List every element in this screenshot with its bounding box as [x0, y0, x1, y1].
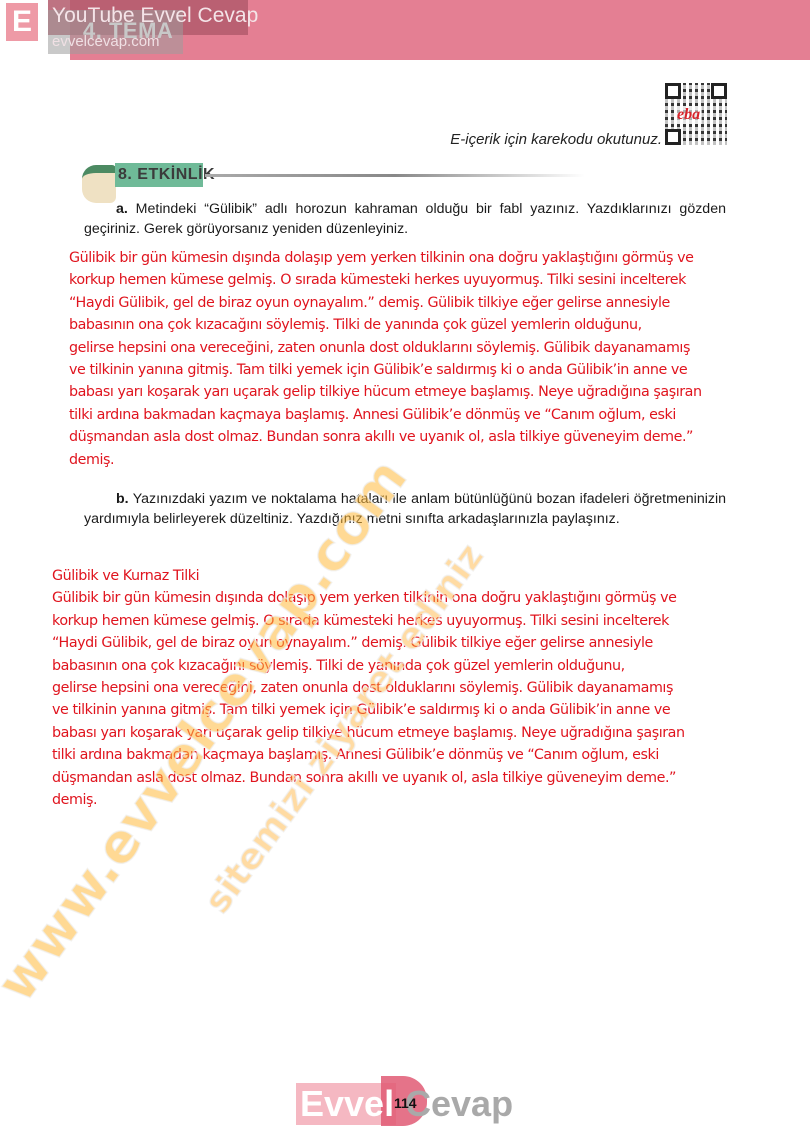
logo-e-icon: E — [6, 3, 38, 41]
qr-finder-icon — [665, 129, 681, 145]
answer-a: Gülibik bir gün kümesin dışında dolaşıp … — [69, 247, 789, 471]
answer-a-line: düşmandan asla dost olmaz. Bundan sonra … — [69, 426, 789, 448]
question-a-marker: a. — [116, 201, 128, 217]
answer-a-line: gelirse hepsini ona vereceğini, zaten on… — [69, 337, 789, 359]
qr-finder-icon — [711, 83, 727, 99]
answer-a-line: babasının ona çok kızacağını söylemiş. T… — [69, 314, 789, 336]
answer-b-line: babasının ona çok kızacağını söylemiş. T… — [52, 655, 792, 677]
activity-title: 8. ETKİNLİK — [118, 166, 215, 184]
answer-b-line: tilki ardına bakmadan kaçmaya başlamış. … — [52, 744, 792, 766]
answer-a-line: demiş. — [69, 449, 789, 471]
answer-b-line: gelirse hepsini ona vereceğini, zaten on… — [52, 677, 792, 699]
eba-badge: eba — [675, 106, 702, 124]
answer-a-line: tilki ardına bakmadan kaçmaya başlamış. … — [69, 404, 789, 426]
answer-b-title: Gülibik ve Kurnaz Tilki — [52, 565, 792, 587]
answer-b: Gülibik ve Kurnaz Tilki Gülibik bir gün … — [52, 565, 792, 811]
answer-b-line: düşmandan asla dost olmaz. Bundan sonra … — [52, 767, 792, 789]
answer-b-line: Gülibik bir gün kümesin dışında dolaşıp … — [52, 587, 792, 609]
page-number: 114 — [394, 1095, 417, 1111]
watermark-site-link[interactable]: evvelcevap.com — [52, 33, 160, 50]
watermark-youtube-title: YouTube Evvel Cevap — [52, 4, 258, 28]
question-b-text: Yazınızdaki yazım ve noktalama hataları … — [84, 491, 726, 527]
footer-brand-right: Cevap — [405, 1083, 513, 1125]
answer-b-line: korkup hemen kümese gelmiş. O sırada küm… — [52, 610, 792, 632]
answer-b-line: “Haydi Gülibik, gel de biraz oyun oynaya… — [52, 632, 792, 654]
question-a-text: Metindeki “Gülibik” adlı horozun kahrama… — [84, 201, 726, 237]
question-b: b. Yazınızdaki yazım ve noktalama hatala… — [84, 489, 726, 529]
qr-finder-icon — [665, 83, 681, 99]
answer-a-line: babası yarı koşarak yarı uçarak gelip ti… — [69, 381, 789, 403]
activity-divider — [205, 174, 585, 177]
answer-b-line: ve tilkinin yanına gitmiş. Tam tilki yem… — [52, 699, 792, 721]
answer-a-line: korkup hemen kümese gelmiş. O sırada küm… — [69, 269, 789, 291]
answer-a-line: “Haydi Gülibik, gel de biraz oyun oynaya… — [69, 292, 789, 314]
qr-caption: E-içerik için karekodu okutunuz. — [450, 131, 662, 148]
question-b-marker: b. — [116, 491, 129, 507]
answer-a-line: ve tilkinin yanına gitmiş. Tam tilki yem… — [69, 359, 789, 381]
footer-brand-left: Evvel — [300, 1083, 394, 1125]
answer-b-line: demiş. — [52, 789, 792, 811]
answer-a-line: Gülibik bir gün kümesin dışında dolaşıp … — [69, 247, 789, 269]
question-a: a. Metindeki “Gülibik” adlı horozun kahr… — [84, 199, 726, 239]
scroll-icon — [82, 165, 116, 203]
answer-b-line: babası yarı koşarak yarı uçarak gelip ti… — [52, 722, 792, 744]
